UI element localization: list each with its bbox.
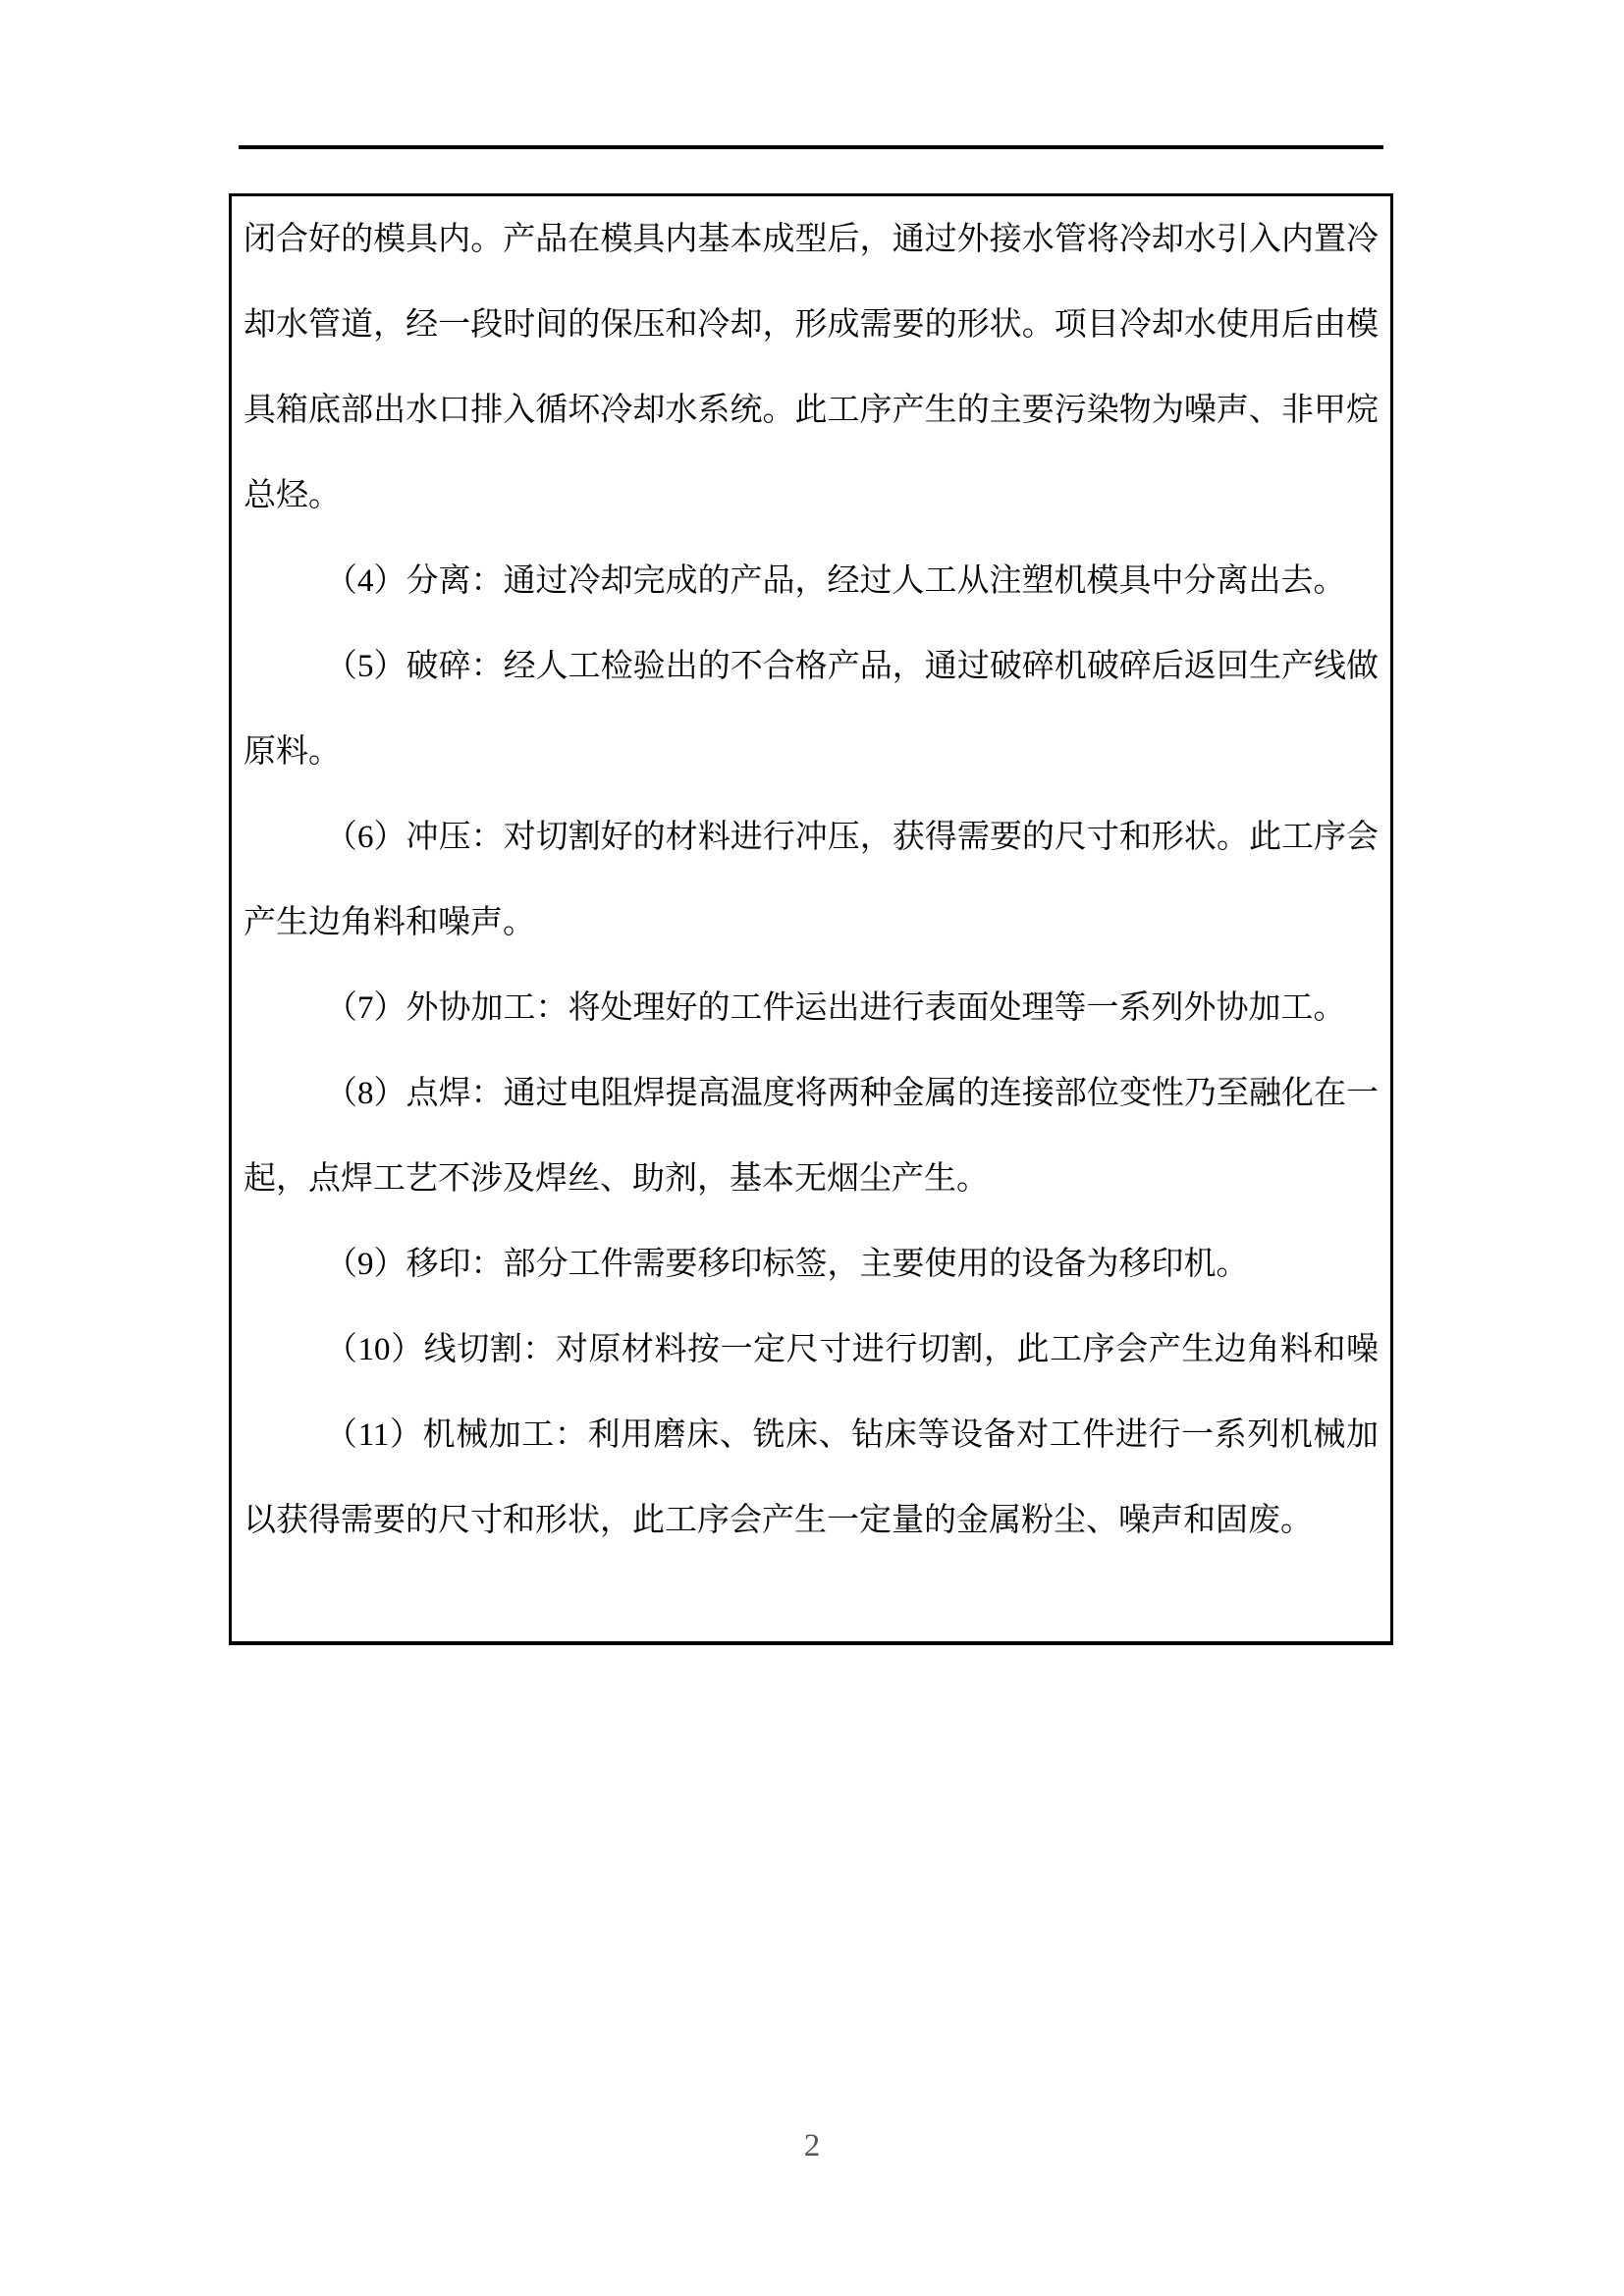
text-line: 闭合好的模具内。产品在模具内基本成型后，通过外接水管将冷却水引入内置冷 [244, 197, 1379, 283]
text-line: （11）机械加工：利用磨床、铣床、钻床等设备对工件进行一系列机械加工， [244, 1393, 1379, 1478]
header-rule [239, 145, 1383, 149]
text-line: 具箱底部出水口排入循坏冷却水系统。此工序产生的主要污染物为噪声、非甲烷 [244, 368, 1379, 454]
document-page: 闭合好的模具内。产品在模具内基本成型后，通过外接水管将冷却水引入内置冷却水管道，… [0, 0, 1624, 2296]
text-line: （6）冲压：对切割好的材料进行冲压，获得需要的尺寸和形状。此工序会 [244, 795, 1379, 881]
text-line: 产生边角料和噪声。 [244, 881, 1379, 966]
text-line: （10）线切割：对原材料按一定尺寸进行切割，此工序会产生边角料和噪声。 [244, 1308, 1379, 1393]
text-line: （7）外协加工：将处理好的工件运出进行表面处理等一系列外协加工。 [244, 966, 1379, 1051]
text-line: （8）点焊：通过电阻焊提高温度将两种金属的连接部位变性乃至融化在一 [244, 1051, 1379, 1137]
text-line: 原料。 [244, 710, 1379, 795]
text-line: 总烃。 [244, 454, 1379, 539]
text-line: （5）破碎：经人工检验出的不合格产品，通过破碎机破碎后返回生产线做 [244, 624, 1379, 710]
text-line: 起，点焊工艺不涉及焊丝、助剂，基本无烟尘产生。 [244, 1137, 1379, 1222]
page-number: 2 [0, 2128, 1624, 2163]
text-line: （4）分离：通过冷却完成的产品，经过人工从注塑机模具中分离出去。 [244, 539, 1379, 624]
text-line: 却水管道，经一段时间的保压和冷却，形成需要的形状。项目冷却水使用后由模 [244, 283, 1379, 368]
content-table-cell: 闭合好的模具内。产品在模具内基本成型后，通过外接水管将冷却水引入内置冷却水管道，… [229, 193, 1393, 1645]
text-line: 以获得需要的尺寸和形状，此工序会产生一定量的金属粉尘、噪声和固废。 [244, 1478, 1379, 1564]
text-line: （9）移印：部分工件需要移印标签，主要使用的设备为移印机。 [244, 1222, 1379, 1308]
